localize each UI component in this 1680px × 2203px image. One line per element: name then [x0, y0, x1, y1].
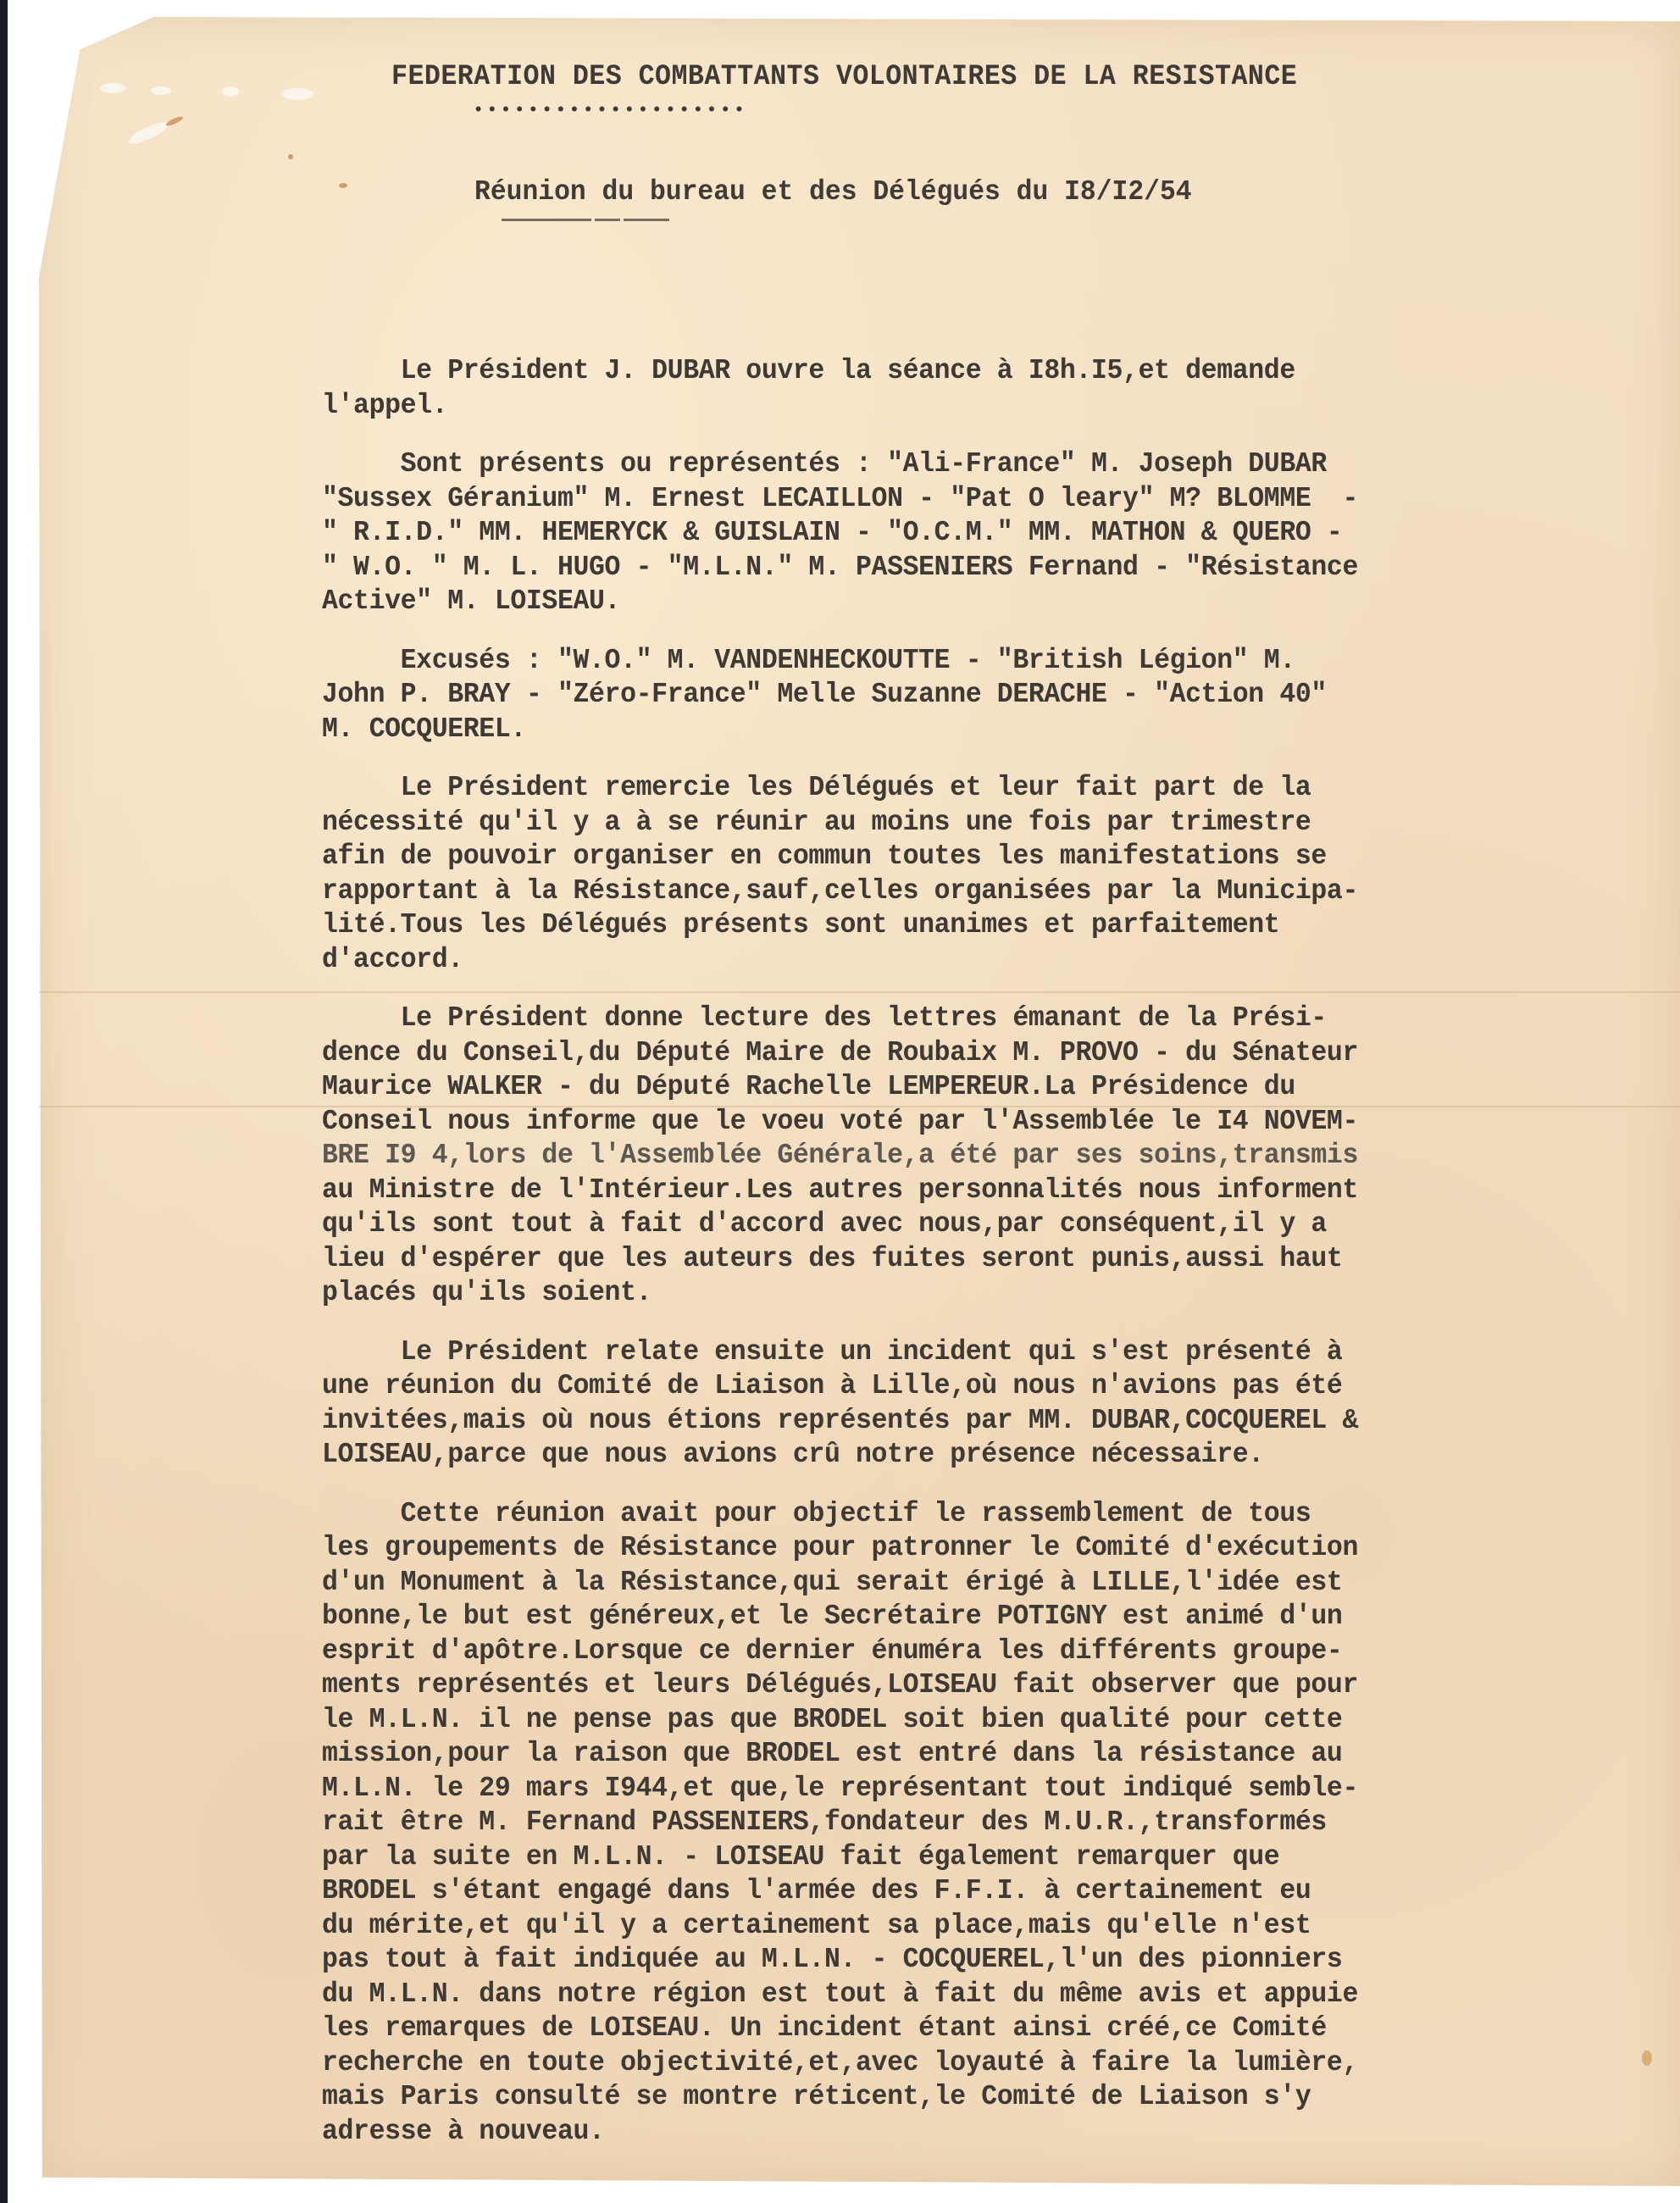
text-line: Excusés : "W.O." M. VANDENHECKOUTTE - "B…	[322, 644, 1633, 679]
text-line: les groupements de Résistance pour patro…	[322, 1531, 1633, 1566]
text-line: Maurice WALKER - du Député Rachelle LEMP…	[322, 1070, 1633, 1105]
text-line: M. COCQUEREL.	[322, 713, 1633, 747]
text-line: rait être M. Fernand PASSENIERS,fondateu…	[322, 1806, 1633, 1840]
text-line: recherche en toute objectivité,et,avec l…	[322, 2046, 1633, 2081]
text-line: "Sussex Géranium" M. Ernest LECAILLON - …	[322, 482, 1633, 517]
text-line: esprit d'apôtre.Lorsque ce dernier énumé…	[322, 1634, 1633, 1669]
text-line: rapportant à la Résistance,sauf,celles o…	[322, 874, 1633, 909]
typed-document: FEDERATION DES COMBATTANTS VOLONTAIRES D…	[0, 0, 1680, 2203]
text-line: nécessité qu'il y a à se réunir au moins…	[322, 806, 1633, 841]
text-line: John P. BRAY - "Zéro-France" Melle Suzan…	[322, 678, 1633, 713]
text-line: Sont présents ou représentés : "Ali-Fran…	[322, 447, 1633, 482]
text-line: lieu d'espérer que les auteurs des fuite…	[322, 1242, 1633, 1277]
text-line: " R.I.D." MM. HEMERYCK & GUISLAIN - "O.C…	[322, 516, 1633, 551]
meeting-title: Réunion du bureau et des Délégués du I8/…	[474, 176, 1192, 208]
text-line: BRODEL s'étant engagé dans l'armée des F…	[322, 1874, 1633, 1909]
paragraph-letters: Le Président donne lecture des lettres é…	[322, 1002, 1680, 1311]
text-line: du M.L.N. dans notre région est tout à f…	[322, 1978, 1633, 2012]
paragraph-opening: Le Président J. DUBAR ouvre la séance à …	[322, 354, 1680, 423]
text-line: bonne,le but est généreux,et le Secrétai…	[322, 1600, 1633, 1634]
text-line: l'appel.	[322, 389, 1633, 424]
text-line: qu'ils sont tout à fait d'accord avec no…	[322, 1207, 1633, 1242]
paragraph-excused: Excusés : "W.O." M. VANDENHECKOUTTE - "B…	[322, 644, 1680, 747]
text-line: BRE I9 4,lors de l'Assemblée Générale,a …	[322, 1139, 1633, 1174]
title-underline	[595, 219, 620, 221]
text-line: afin de pouvoir organiser en commun tout…	[322, 840, 1633, 874]
text-line: pas tout à fait indiquée au M.L.N. - COC…	[322, 1943, 1633, 1978]
heading-ornament: ••••••••••••••••••••	[473, 100, 747, 121]
text-line: d'accord.	[322, 943, 1633, 978]
text-line: lité.Tous les Délégués présents sont una…	[322, 908, 1633, 943]
text-line: Active" M. LOISEAU.	[322, 585, 1633, 619]
text-line: les remarques de LOISEAU. Un incident ét…	[322, 2012, 1633, 2046]
text-line: Le Président J. DUBAR ouvre la séance à …	[322, 354, 1633, 389]
text-line: au Ministre de l'Intérieur.Les autres pe…	[322, 1174, 1633, 1208]
text-line: Conseil nous informe que le voeu voté pa…	[322, 1105, 1633, 1140]
title-underline	[624, 219, 669, 221]
organization-heading: FEDERATION DES COMBATTANTS VOLONTAIRES D…	[391, 61, 1297, 93]
text-line: LOISEAU,parce que nous avions crû notre …	[322, 1438, 1633, 1473]
title-underline	[502, 219, 591, 221]
paragraph-monument: Cette réunion avait pour objectif le ras…	[322, 1497, 1680, 2150]
text-line: Le Président remercie les Délégués et le…	[322, 771, 1633, 806]
text-line: Le Président relate ensuite un incident …	[322, 1335, 1633, 1370]
text-line: une réunion du Comité de Liaison à Lille…	[322, 1369, 1633, 1404]
text-line: invitées,mais où nous étions représentés…	[322, 1404, 1633, 1439]
text-line: adresse à nouveau.	[322, 2115, 1633, 2150]
text-line: Cette réunion avait pour objectif le ras…	[322, 1497, 1633, 1532]
text-line: par la suite en M.L.N. - LOISEAU fait ég…	[322, 1840, 1633, 1875]
text-line: " W.O. " M. L. HUGO - "M.L.N." M. PASSEN…	[322, 551, 1633, 585]
text-line: d'un Monument à la Résistance,qui serait…	[322, 1566, 1633, 1601]
text-line: mission,pour la raison que BRODEL est en…	[322, 1737, 1633, 1772]
text-line: ments représentés et leurs Délégués,LOIS…	[322, 1668, 1633, 1703]
text-line: placés qu'ils soient.	[322, 1276, 1633, 1311]
paragraph-attendees: Sont présents ou représentés : "Ali-Fran…	[322, 447, 1680, 619]
text-line: mais Paris consulté se montre réticent,l…	[322, 2080, 1633, 2115]
text-line: Le Président donne lecture des lettres é…	[322, 1002, 1633, 1036]
text-line: dence du Conseil,du Député Maire de Roub…	[322, 1036, 1633, 1071]
text-line: le M.L.N. il ne pense pas que BRODEL soi…	[322, 1703, 1633, 1738]
text-line: M.L.N. le 29 mars I944,et que,le représe…	[322, 1772, 1633, 1806]
paragraph-thanks: Le Président remercie les Délégués et le…	[322, 771, 1680, 977]
paragraph-incident: Le Président relate ensuite un incident …	[322, 1335, 1680, 1473]
document-body: Le Président J. DUBAR ouvre la séance à …	[322, 354, 1680, 2173]
text-line: du mérite,et qu'il y a certainement sa p…	[322, 1909, 1633, 1944]
